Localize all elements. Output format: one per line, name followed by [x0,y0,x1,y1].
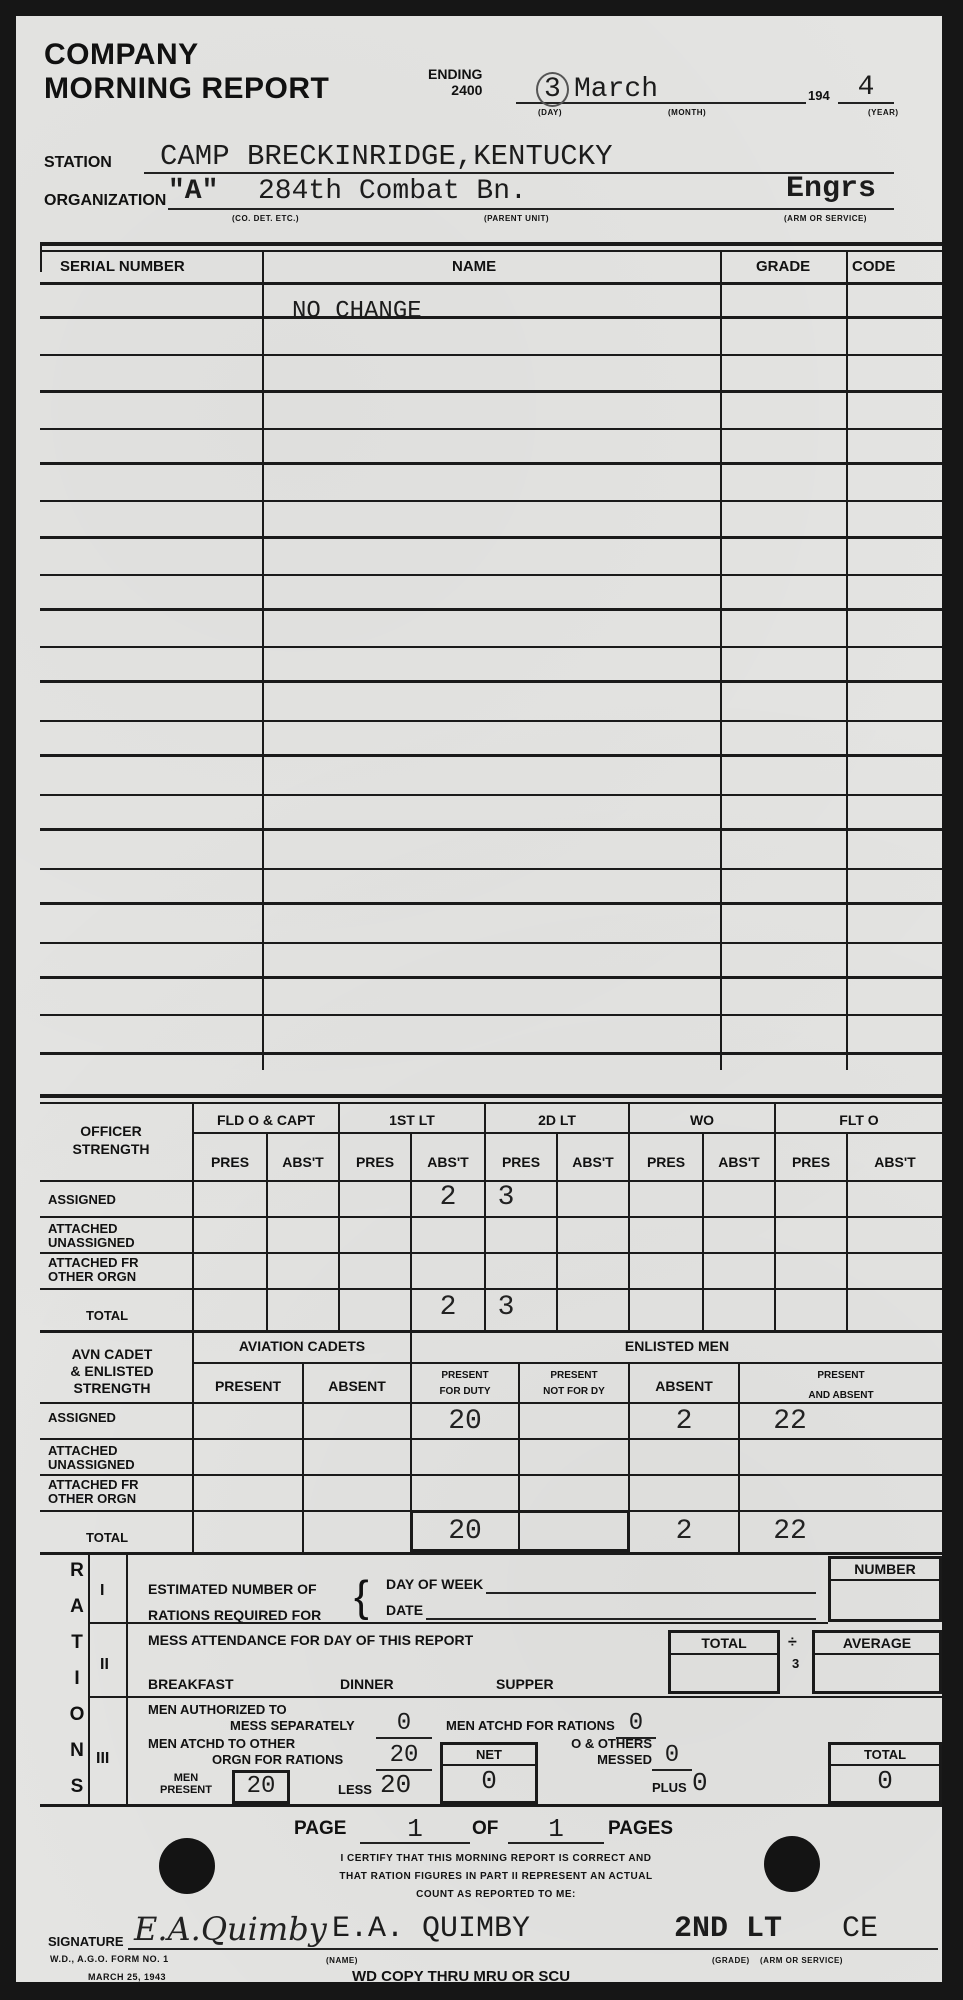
day-of-week-label: DAY OF WEEK [386,1576,483,1592]
em-assigned-present-for-duty[interactable]: 20 [412,1406,518,1437]
em-absent: ABSENT [630,1378,738,1394]
part-i-numeral: I [100,1582,104,1600]
date-label: DATE [386,1602,423,1618]
pages-value[interactable]: 1 [508,1814,604,1844]
day-caption: (DAY) [538,108,562,117]
month-value: March [574,74,658,105]
row-attached-unassigned: ATTACHED UNASSIGNED [48,1222,135,1250]
em-total-present-for-duty[interactable]: 20 [412,1516,518,1547]
men-present-box[interactable]: 20 [232,1770,290,1804]
label-2: UNASSIGNED [48,1458,135,1472]
divide-icon: ÷ [788,1634,797,1652]
col-name: NAME [452,258,496,275]
cert-line-2: THAT RATION FIGURES IN PART II REPRESENT… [276,1868,716,1886]
part-ii-numeral: II [100,1656,109,1674]
auth-mess-label-1: MEN AUTHORIZED TO [148,1702,287,1717]
total-label: TOTAL [671,1633,777,1655]
label-2: PRESENT [160,1784,212,1796]
certification-text: I CERTIFY THAT THIS MORNING REPORT IS CO… [276,1850,716,1904]
divide-by: 3 [792,1656,799,1671]
em-present-and-absent: PRESENT AND ABSENT [740,1366,942,1406]
sub-abst: ABS'T [412,1154,484,1170]
plus-value[interactable]: 0 [692,1768,708,1798]
em-present-not-for-duty: PRESENT NOT FOR DY [520,1368,628,1400]
cadet-absent: ABSENT [304,1378,410,1394]
date-field[interactable] [426,1600,816,1620]
row-attached-other: ATTACHED FR OTHER ORGN [48,1256,139,1284]
rations-letter-n: N [62,1740,92,1762]
date-field[interactable]: 3 March [516,72,806,104]
label-2: UNASSIGNED [48,1236,135,1250]
group-aviation-cadets: AVIATION CADETS [194,1338,410,1354]
punch-hole-right [764,1836,820,1892]
arm-service-caption: (ARM OR SERVICE) [760,1956,843,1965]
row-total: TOTAL [86,1530,128,1545]
col-serial-number: SERIAL NUMBER [60,258,185,275]
rations-letter-a: A [62,1596,92,1618]
label-2: OTHER ORGN [48,1270,139,1284]
row-assigned: ASSIGNED [48,1410,116,1425]
sub-pres: PRES [340,1154,410,1170]
enlisted-strength-title: AVN CADET & ENLISTED STRENGTH [52,1346,172,1397]
men-present-label: MEN PRESENT [160,1772,212,1796]
rations-total-value: 0 [831,1766,939,1796]
station-field[interactable]: CAMP BRECKINRIDGE,KENTUCKY [144,140,894,174]
atchd-other-label-2: ORGN FOR RATIONS [212,1752,343,1767]
label-1: ATTACHED [48,1222,135,1236]
group-wo: WO [630,1112,774,1128]
auth-mess-value[interactable]: 0 [376,1710,432,1739]
less-label: LESS [338,1782,372,1797]
group-flt-o: FLT O [776,1112,942,1128]
label-2: RATIONS REQUIRED FOR [148,1602,321,1628]
title-3: STRENGTH [52,1380,172,1397]
punch-hole-left [159,1838,215,1894]
rations-total-label: TOTAL [831,1745,939,1766]
month-caption: (MONTH) [668,108,706,117]
officer-title-2: STRENGTH [56,1140,166,1158]
atchd-other-label-1: MEN ATCHD TO OTHER [148,1736,295,1751]
arm-value: Engrs [786,172,876,206]
l1: PRESENT [412,1368,518,1384]
group-1st-lt: 1ST LT [340,1112,484,1128]
others-messed-value[interactable]: 0 [652,1742,692,1771]
atchd-rations-value[interactable]: 0 [616,1710,656,1739]
company-value: "A" [168,176,218,207]
company-caption: (CO. DET. ETC.) [232,214,299,223]
station-value: CAMP BRECKINRIDGE,KENTUCKY [144,140,612,173]
col-grade: GRADE [756,258,810,275]
officer-assigned-1stlt-abst[interactable]: 2 [412,1182,484,1213]
l1: PRESENT [520,1368,628,1384]
breakfast-label: BREAKFAST [148,1676,234,1692]
supper-label: SUPPER [496,1676,554,1692]
em-total-present-and-absent[interactable]: 22 [740,1516,840,1547]
col-code: CODE [852,258,895,275]
row-total: TOTAL [86,1308,128,1323]
year-prefix: 194 [808,88,830,103]
day-of-week-field[interactable] [486,1574,816,1594]
ending-label: ENDING 2400 [428,66,482,98]
parent-caption: (PARENT UNIT) [484,214,549,223]
of-label: OF [472,1818,498,1840]
sub-pres: PRES [776,1154,846,1170]
title-2: & ENLISTED [52,1363,172,1380]
officer-strength-title: OFFICER STRENGTH [56,1122,166,1158]
label-2: MESSED [570,1752,652,1768]
officer-assigned-2dlt-pres[interactable]: 3 [486,1182,526,1213]
group-enlisted-men: ENLISTED MEN [412,1338,942,1354]
rations-letter-i: I [62,1668,92,1690]
brace-icon: { [354,1572,369,1622]
arm-caption: (ARM OR SERVICE) [784,214,867,223]
signer-name: E.A. QUIMBY [332,1912,530,1946]
year-caption: (YEAR) [868,108,899,117]
label-1: ATTACHED FR [48,1256,139,1270]
form-title-line1: COMPANY [44,38,199,72]
average-label: AVERAGE [815,1633,939,1655]
part-i-label: ESTIMATED NUMBER OF RATIONS REQUIRED FOR [148,1576,321,1628]
em-total-absent[interactable]: 2 [630,1516,738,1547]
form-title-line2: MORNING REPORT [44,72,329,106]
label-1: MEN [160,1772,212,1784]
number-box[interactable]: NUMBER [828,1556,942,1622]
signature-label: SIGNATURE [48,1934,124,1949]
label-2: OTHER ORGN [48,1492,139,1506]
cadet-present: PRESENT [194,1378,302,1394]
less-value[interactable]: 20 [380,1770,411,1800]
atchd-rations-label: MEN ATCHD FOR RATIONS [446,1718,615,1733]
ending-label-1: ENDING [428,66,482,82]
officer-total-1stlt-abst[interactable]: 2 [412,1292,484,1323]
sub-abst: ABS'T [558,1154,628,1170]
label-1: ESTIMATED NUMBER OF [148,1576,321,1602]
sub-abst: ABS'T [268,1154,338,1170]
signature-field[interactable]: E.A.Quimby E.A. QUIMBY 2ND LT CE [128,1912,938,1950]
atchd-other-value[interactable]: 20 [376,1742,432,1771]
title-1: AVN CADET [52,1346,172,1363]
year-digit[interactable]: 4 [838,72,894,104]
day-value: 3 [536,72,569,107]
rations-letter-t: T [62,1632,92,1654]
label-1: O & OTHERS [570,1736,652,1752]
copy-note: WD COPY THRU MRU OR SCU [352,1968,570,1985]
form-number: W.D., A.G.O. FORM NO. 1 [50,1954,169,1964]
sub-abst: ABS'T [848,1154,942,1170]
sub-pres: PRES [630,1154,702,1170]
parent-unit-value: 284th Combat Bn. [258,176,527,207]
rations-letter-s: S [62,1776,92,1798]
grade-caption: (GRADE) [712,1956,750,1965]
group-fld-o-capt: FLD O & CAPT [194,1112,338,1128]
number-label: NUMBER [831,1559,939,1581]
sub-pres: PRES [194,1154,266,1170]
cert-line-1: I CERTIFY THAT THIS MORNING REPORT IS CO… [276,1850,716,1868]
row-attached-unassigned: ATTACHED UNASSIGNED [48,1444,135,1472]
l2: FOR DUTY [412,1384,518,1400]
cert-line-3: COUNT AS REPORTED TO ME: [276,1886,716,1904]
roster-entry-name: NO CHANGE [292,298,422,325]
rations-letter-r: R [62,1560,92,1582]
signature-script: E.A.Quimby [134,1910,327,1948]
net-label: NET [443,1745,535,1766]
station-label: STATION [44,154,112,172]
mess-total-box[interactable]: TOTAL [668,1630,780,1694]
l1: PRESENT [740,1366,942,1386]
sub-abst: ABS'T [704,1154,774,1170]
em-assigned-absent[interactable]: 2 [630,1406,738,1437]
group-2d-lt: 2D LT [486,1112,628,1128]
dinner-label: DINNER [340,1676,394,1692]
signer-arm: CE [842,1912,878,1946]
signer-grade: 2ND LT [674,1912,782,1946]
plus-label: PLUS [652,1780,687,1795]
morning-report-form: COMPANY MORNING REPORT ENDING 2400 3 Mar… [16,16,942,1982]
pages-label: PAGES [608,1818,673,1840]
officer-total-2dlt-pres[interactable]: 3 [486,1292,526,1323]
page-value[interactable]: 1 [360,1814,470,1844]
sub-pres: PRES [486,1154,556,1170]
net-value: 0 [443,1766,535,1796]
rations-total-box[interactable]: TOTAL 0 [828,1742,942,1804]
average-box[interactable]: AVERAGE [812,1630,942,1694]
organization-field[interactable]: "A" 284th Combat Bn. Engrs [168,176,894,210]
net-box[interactable]: NET 0 [440,1742,538,1804]
others-messed-label: O & OTHERS MESSED [570,1736,652,1768]
form-date: MARCH 25, 1943 [88,1972,166,1982]
row-assigned: ASSIGNED [48,1192,116,1207]
l2: NOT FOR DY [520,1384,628,1400]
label-1: ATTACHED [48,1444,135,1458]
name-caption: (NAME) [326,1956,358,1965]
men-present-value: 20 [235,1773,287,1801]
organization-label: ORGANIZATION [44,192,166,210]
ending-label-2: 2400 [428,82,482,98]
page-label: PAGE [294,1818,346,1840]
label-1: ATTACHED FR [48,1478,139,1492]
officer-title-1: OFFICER [56,1122,166,1140]
mess-attendance-label: MESS ATTENDANCE FOR DAY OF THIS REPORT [148,1632,473,1648]
auth-mess-label-2: MESS SEPARATELY [230,1718,355,1733]
em-assigned-present-and-absent[interactable]: 22 [740,1406,840,1437]
em-present-for-duty: PRESENT FOR DUTY [412,1368,518,1400]
row-attached-other: ATTACHED FR OTHER ORGN [48,1478,139,1506]
part-iii-numeral: III [96,1750,109,1768]
rations-letter-o: O [62,1704,92,1726]
